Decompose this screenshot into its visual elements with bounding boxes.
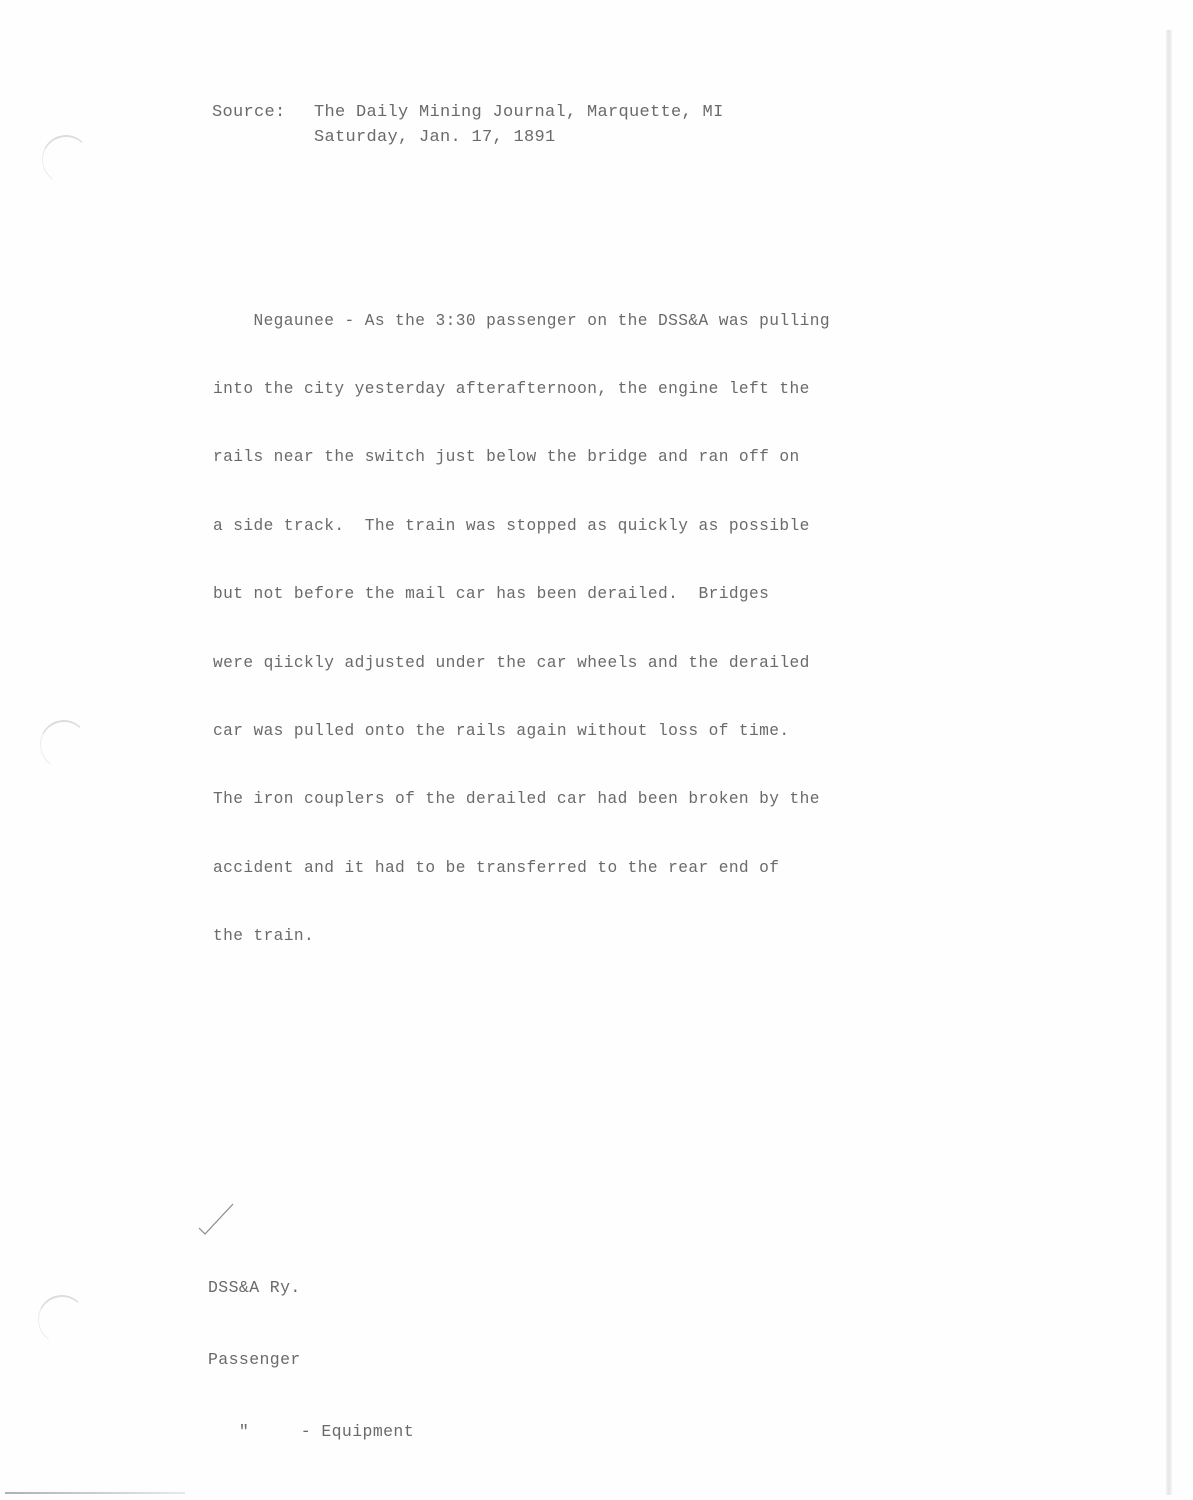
article-line: were qiickly adjusted under the car whee… <box>213 652 933 675</box>
index-tag-equipment: " - Equipment <box>208 1420 414 1444</box>
source-citation: Source: The Daily Mining Journal, Marque… <box>212 100 724 150</box>
index-tags: DSS&A Ry. Passenger " - Equipment <box>208 1228 414 1492</box>
article-line: car was pulled onto the rails again with… <box>213 720 933 743</box>
article-line: but not before the mail car has been der… <box>213 583 933 606</box>
page-bottom-edge <box>5 1492 185 1494</box>
article-line: the train. <box>213 925 933 948</box>
index-tag-railway: DSS&A Ry. <box>208 1276 414 1300</box>
article-line: accident and it had to be transferred to… <box>213 857 933 880</box>
index-tag-passenger: Passenger <box>208 1348 414 1372</box>
article-line: The iron couplers of the derailed car ha… <box>213 788 933 811</box>
article-line: rails near the switch just below the bri… <box>213 446 933 469</box>
source-publication: The Daily Mining Journal, Marquette, MI <box>314 100 724 125</box>
document-page: Source: The Daily Mining Journal, Marque… <box>0 0 1193 1500</box>
article-line: a side track. The train was stopped as q… <box>213 515 933 538</box>
article-line: Negaunee - As the 3:30 passenger on the … <box>213 310 933 333</box>
punch-hole-icon <box>36 716 92 773</box>
source-date: Saturday, Jan. 17, 1891 <box>212 125 724 150</box>
punch-hole-icon <box>34 1291 90 1348</box>
page-edge-shadow <box>1166 30 1172 1495</box>
article-body: Negaunee - As the 3:30 passenger on the … <box>213 264 933 994</box>
source-label: Source: <box>212 100 314 125</box>
punch-hole-icon <box>38 131 94 188</box>
article-line: into the city yesterday afterafternoon, … <box>213 378 933 401</box>
